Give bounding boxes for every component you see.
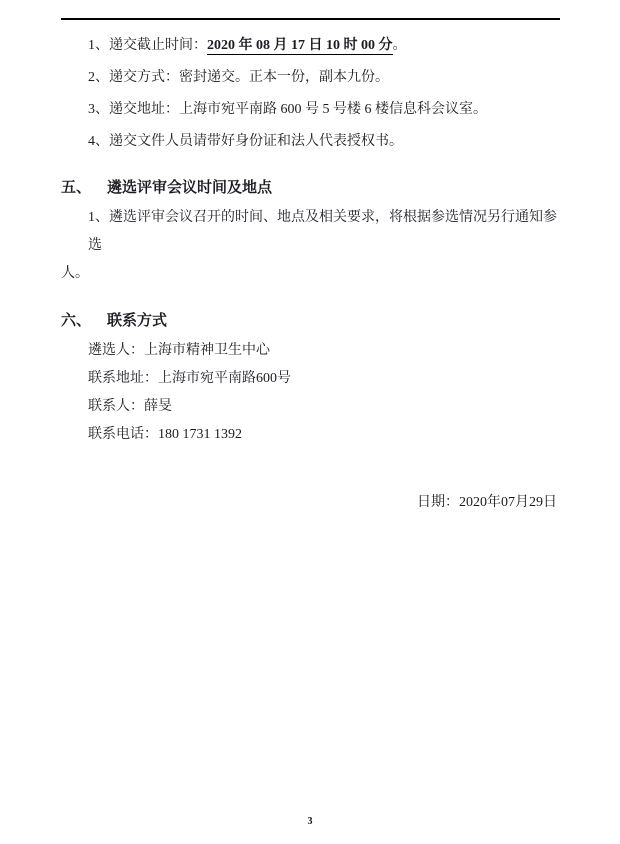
- section-five-number: 五、: [61, 172, 107, 204]
- submission-personnel-line: 4、递交文件人员请带好身份证和法人代表授权书。: [61, 126, 560, 158]
- contact-phone-line: 联系电话：180 1731 1392: [61, 421, 560, 449]
- submission-address-line: 3、递交地址：上海市宛平南路 600 号 5 号楼 6 楼信息科会议室。: [61, 94, 560, 126]
- section-six-number: 六、: [61, 305, 107, 337]
- paragraph-line-1: 1、遴选评审会议召开的时间、地点及相关要求，将根据参选情况另行通知参选: [61, 204, 560, 260]
- submission-instructions-list: 1、递交截止时间：2020 年 08 月 17 日 10 时 00 分。 2、递…: [61, 30, 560, 158]
- deadline-suffix: 。: [393, 38, 407, 53]
- document-date: 日期：2020年07月29日: [61, 491, 560, 515]
- section-six-heading: 六、联系方式: [61, 305, 560, 337]
- contact-list: 遴选人：上海市精神卫生中心 联系地址：上海市宛平南路600号 联系人：薛旻 联系…: [61, 337, 560, 449]
- section-five-title: 遴选评审会议时间及地点: [107, 180, 272, 196]
- deadline-value: 2020 年 08 月 17 日 10 时 00 分: [207, 38, 393, 55]
- section-six-title: 联系方式: [107, 313, 167, 329]
- document-content: 1、递交截止时间：2020 年 08 月 17 日 10 时 00 分。 2、递…: [61, 20, 560, 515]
- deadline-prefix: 1、递交截止时间：: [88, 38, 207, 53]
- contact-address-line: 联系地址：上海市宛平南路600号: [61, 365, 560, 393]
- submission-method-line: 2、递交方式：密封递交。正本一份，副本九份。: [61, 62, 560, 94]
- page-number: 3: [0, 816, 620, 827]
- document-page: 1、递交截止时间：2020 年 08 月 17 日 10 时 00 分。 2、递…: [0, 0, 620, 844]
- section-five-heading: 五、遴选评审会议时间及地点: [61, 172, 560, 204]
- section-five-paragraph: 1、遴选评审会议召开的时间、地点及相关要求，将根据参选情况另行通知参选 人。: [61, 204, 560, 288]
- contact-selector-line: 遴选人：上海市精神卫生中心: [61, 337, 560, 365]
- submission-deadline-line: 1、递交截止时间：2020 年 08 月 17 日 10 时 00 分。: [61, 30, 560, 62]
- contact-person-line: 联系人：薛旻: [61, 393, 560, 421]
- paragraph-line-2: 人。: [61, 260, 560, 288]
